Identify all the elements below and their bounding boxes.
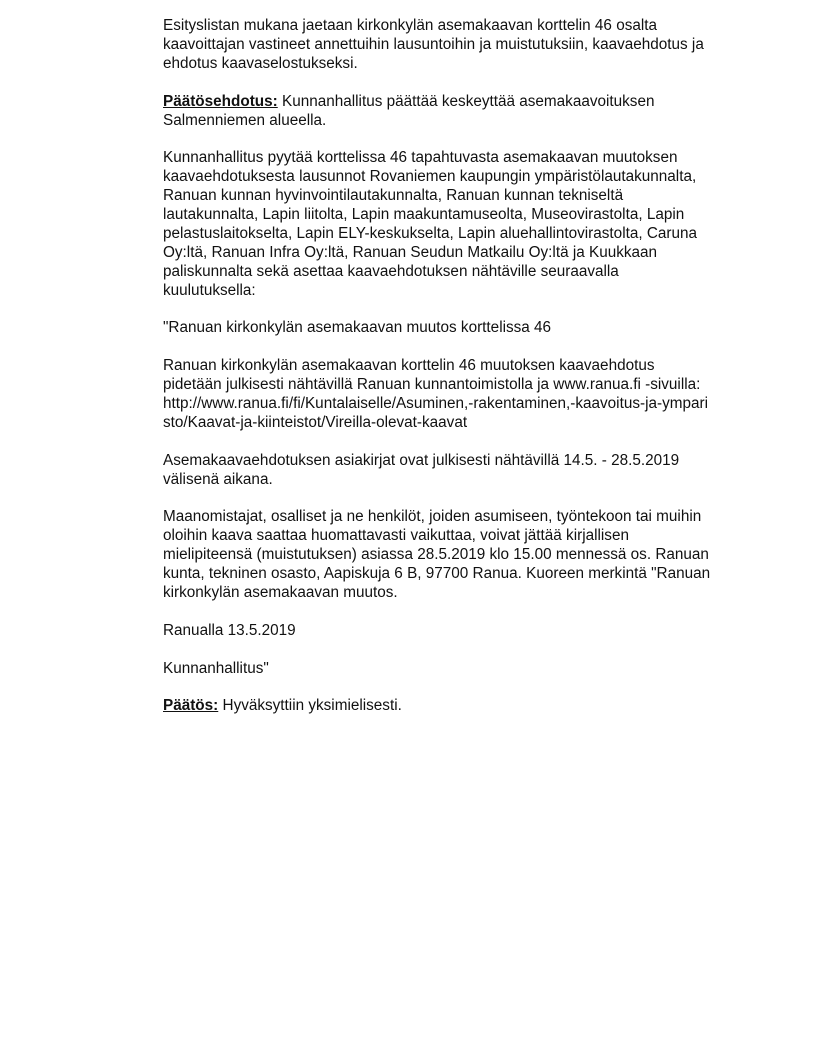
text-line: lautakunnalta, Lapin liitolta, Lapin maa…: [163, 206, 753, 225]
decision-text: Hyväksyttiin yksimielisesti.: [218, 697, 402, 714]
text-line: Kunnanhallitus pyytää korttelissa 46 tap…: [163, 149, 753, 168]
proposal-paragraph: Päätösehdotus: Kunnanhallitus päättää ke…: [163, 93, 753, 131]
text-line: paliskunnalta sekä asettaa kaavaehdotuks…: [163, 263, 753, 282]
decision-paragraph: Päätös: Hyväksyttiin yksimielisesti.: [163, 697, 753, 716]
text-line: Ranuan kunnan hyvinvointilautakunnalta, …: [163, 187, 753, 206]
text-line: Oy:ltä, Ranuan Infra Oy:ltä, Ranuan Seud…: [163, 244, 753, 263]
text-line: kunta, tekninen osasto, Aapiskuja 6 B, 9…: [163, 565, 753, 584]
request-paragraph: Kunnanhallitus pyytää korttelissa 46 tap…: [163, 149, 753, 300]
paragraph-gap: [163, 338, 753, 357]
paragraph-gap: [163, 130, 753, 149]
paragraph-gap: [163, 301, 753, 320]
notice-body-paragraph: Ranuan kirkonkylän asemakaavan korttelin…: [163, 357, 753, 433]
text-line: kaavoittajan vastineet annettuihin lausu…: [163, 36, 753, 55]
proposal-label: Päätösehdotus:: [163, 93, 278, 110]
text-line: sto/Kaavat-ja-kiinteistot/Vireilla-oleva…: [163, 414, 753, 433]
availability-paragraph: Asemakaavaehdotuksen asiakirjat ovat jul…: [163, 452, 753, 490]
signature: Kunnanhallitus": [163, 660, 753, 679]
text-line: kirkonkylän asemakaavan muutos.: [163, 584, 753, 603]
place-date: Ranualla 13.5.2019: [163, 622, 753, 641]
paragraph-gap: [163, 603, 753, 622]
objections-paragraph: Maanomistajat, osalliset ja ne henkilöt,…: [163, 508, 753, 603]
intro-paragraph: Esityslistan mukana jaetaan kirkonkylän …: [163, 17, 753, 74]
paragraph-gap: [163, 433, 753, 452]
text-line: ehdotus kaavaselostukseksi.: [163, 55, 753, 74]
text-line: oloihin kaava saattaa huomattavasti vaik…: [163, 527, 753, 546]
text-line: Maanomistajat, osalliset ja ne henkilöt,…: [163, 508, 753, 527]
paragraph-gap: [163, 74, 753, 93]
paragraph-gap: [163, 641, 753, 660]
notice-title: "Ranuan kirkonkylän asemakaavan muutos k…: [163, 319, 753, 338]
text-line: Kunnanhallitus päättää keskeyttää asemak…: [278, 93, 655, 110]
text-line: pelastuslaitokselta, Lapin ELY-keskuksel…: [163, 225, 753, 244]
text-line: kaavaehdotuksesta lausunnot Rovaniemen k…: [163, 168, 753, 187]
text-line: Asemakaavaehdotuksen asiakirjat ovat jul…: [163, 452, 753, 471]
text-line: Salmenniemen alueella.: [163, 112, 753, 131]
decision-label: Päätös:: [163, 697, 218, 714]
text-line: välisenä aikana.: [163, 471, 753, 490]
paragraph-gap: [163, 490, 753, 509]
text-line: mielipiteensä (muistutuksen) asiassa 28.…: [163, 546, 753, 565]
document-page: Esityslistan mukana jaetaan kirkonkylän …: [163, 17, 753, 716]
paragraph-gap: [163, 679, 753, 698]
text-line: http://www.ranua.fi/fi/Kuntalaiselle/Asu…: [163, 395, 753, 414]
text-line: Esityslistan mukana jaetaan kirkonkylän …: [163, 17, 753, 36]
text-line: Ranuan kirkonkylän asemakaavan korttelin…: [163, 357, 753, 376]
text-line: pidetään julkisesti nähtävillä Ranuan ku…: [163, 376, 753, 395]
text-line: kuulutuksella:: [163, 282, 753, 301]
